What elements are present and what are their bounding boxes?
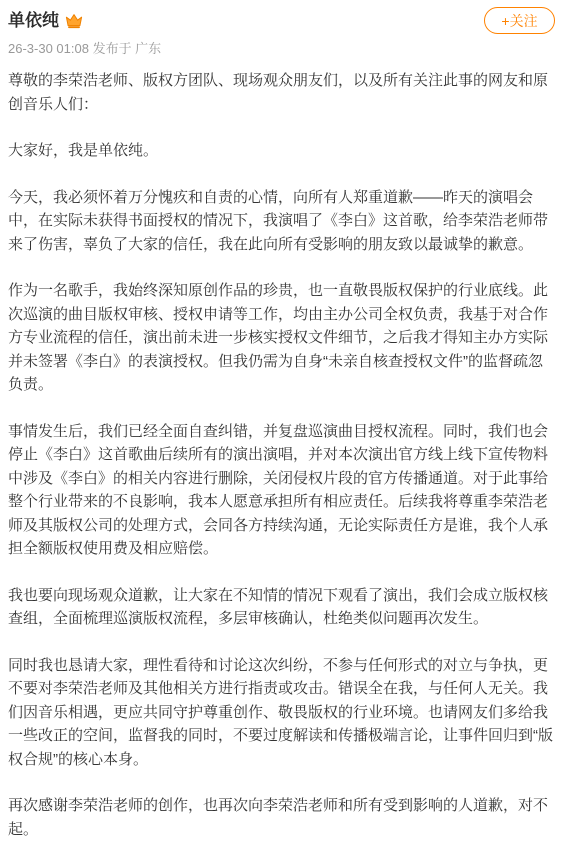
paragraph-remediation: 事情发生后，我们已经全面自查纠错，并复盘巡演曲目授权流程。同时，我们也会停止《李…: [8, 420, 555, 561]
username[interactable]: 单依纯: [8, 8, 59, 34]
paragraph-greeting: 大家好，我是单依纯。: [8, 139, 555, 163]
name-row: 单依纯 +关注: [8, 8, 555, 34]
post-header: 单依纯 +关注 26-3-30 01:08 发布于 广东: [8, 8, 555, 57]
paragraph-audience-apology: 我也要向现场观众道歉，让大家在不知情的情况下观看了演出，我们会成立版权核查组，全…: [8, 584, 555, 631]
vip-crown-icon: [65, 13, 83, 29]
follow-button[interactable]: +关注: [484, 7, 555, 34]
paragraph-explanation: 作为一名歌手，我始终深知原创作品的珍贵，也一直敬畏版权保护的行业底线。此次巡演的…: [8, 279, 555, 397]
post-meta: 26-3-30 01:08 发布于 广东: [8, 40, 555, 57]
weibo-post: 单依纯 +关注 26-3-30 01:08 发布于 广东 尊敬的李荣浩老师、版权…: [0, 0, 563, 852]
post-content: 尊敬的李荣浩老师、版权方团队、现场观众朋友们，以及所有关注此事的网友和原创音乐人…: [8, 69, 555, 841]
paragraph-salutation: 尊敬的李荣浩老师、版权方团队、现场观众朋友们，以及所有关注此事的网友和原创音乐人…: [8, 69, 555, 116]
paragraph-apology: 今天，我必须怀着万分愧疚和自责的心情，向所有人郑重道歉——昨天的演唱会中，在实际…: [8, 186, 555, 257]
paragraph-appeal: 同时我也恳请大家，理性看待和讨论这次纠纷，不参与任何形式的对立与争执，更不要对李…: [8, 654, 555, 772]
paragraph-closing: 再次感谢李荣浩老师的创作，也再次向李荣浩老师和所有受到影响的人道歉，对不起。: [8, 794, 555, 841]
